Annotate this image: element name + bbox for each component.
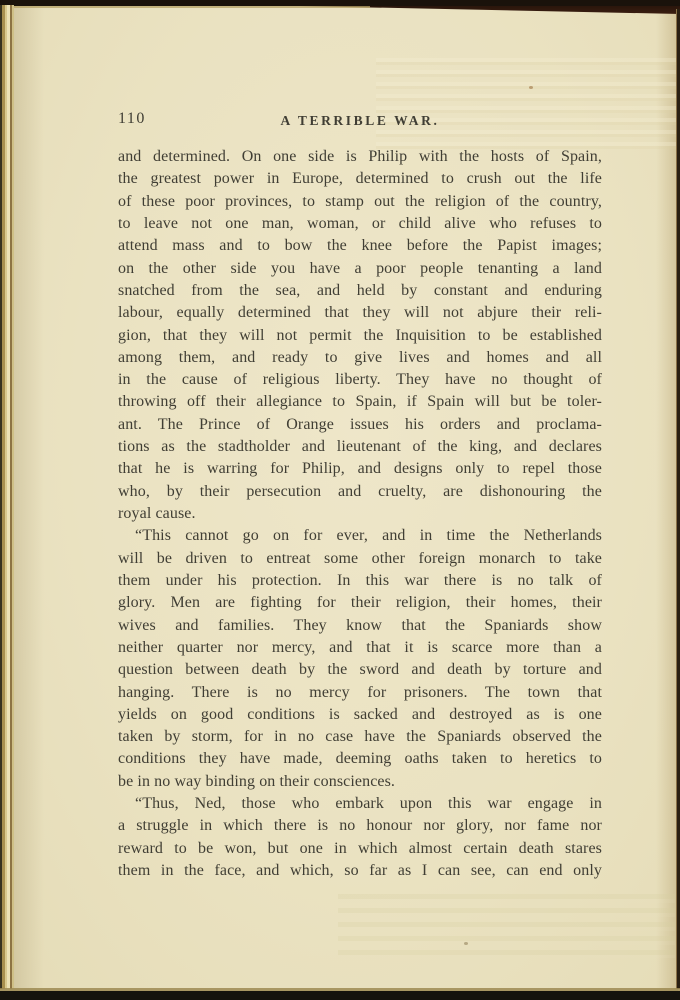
text-line: snatched from the sea, and held by const…: [118, 280, 602, 302]
paper-speck: [529, 86, 533, 89]
book-binding-edge: [0, 5, 14, 989]
text-line: to leave not one man, woman, or child al…: [118, 213, 602, 235]
text-line: wives and families. They know that the S…: [118, 615, 602, 637]
text-line: “Thus, Ned, those who embark upon this w…: [118, 793, 602, 815]
text-line: “This cannot go on for ever, and in time…: [118, 525, 602, 547]
text-line: ant. The Prince of Orange issues his ord…: [118, 414, 602, 436]
page-edge-shadow: [656, 0, 678, 1000]
text-line: royal cause.: [118, 503, 602, 525]
text-line: in the cause of religious liberty. They …: [118, 369, 602, 391]
text-line: them in the face, and which, so far as I…: [118, 860, 602, 882]
text-line: a struggle in which there is no honour n…: [118, 815, 602, 837]
text-line: hanging. There is no mercy for prisoners…: [118, 682, 602, 704]
text-line: yields on good conditions is sacked and …: [118, 704, 602, 726]
text-line: conditions they have made, deeming oaths…: [118, 748, 602, 770]
scan-border-right: [676, 9, 680, 989]
paragraph: and determined. On one side is Philip wi…: [118, 146, 602, 525]
text-line: gion, that they will not permit the Inqu…: [118, 325, 602, 347]
text-line: be in no way binding on their conscience…: [118, 771, 602, 793]
text-line: will be driven to entreat some other for…: [118, 548, 602, 570]
text-line: neither quarter nor mercy, and that it i…: [118, 637, 602, 659]
gilt-edge-line-top: [0, 6, 370, 8]
paper-speck: [464, 942, 468, 945]
text-line: throwing off their allegiance to Spain, …: [118, 391, 602, 413]
text-line: them under his protection. In this war t…: [118, 570, 602, 592]
text-line: tions as the stadtholder and lieutenant …: [118, 436, 602, 458]
body-text: and determined. On one side is Philip wi…: [118, 146, 602, 882]
text-line: of these poor provinces, to stamp out th…: [118, 191, 602, 213]
text-line: that he is warring for Philip, and desig…: [118, 458, 602, 480]
text-line: taken by storm, for in no case have the …: [118, 726, 602, 748]
text-line: on the other side you have a poor people…: [118, 258, 602, 280]
text-line: labour, equally determined that they wil…: [118, 302, 602, 324]
binding-shadow: [10, 0, 44, 1000]
paragraph: “Thus, Ned, those who embark upon this w…: [118, 793, 602, 882]
scan-border-bottom: [0, 991, 680, 1000]
text-line: question between death by the sword and …: [118, 659, 602, 681]
running-head: A TERRIBLE WAR.: [118, 113, 602, 129]
text-line: the greatest power in Europe, determined…: [118, 168, 602, 190]
text-line: among them, and ready to give lives and …: [118, 347, 602, 369]
text-line: glory. Men are fighting for their religi…: [118, 592, 602, 614]
text-line: reward to be won, but one in which almos…: [118, 838, 602, 860]
text-line: attend mass and to bow the knee before t…: [118, 235, 602, 257]
text-line: who, by their persecution and cruelty, a…: [118, 481, 602, 503]
scanned-book-page: 110 A TERRIBLE WAR. and determined. On o…: [0, 0, 680, 1000]
paragraph: “This cannot go on for ever, and in time…: [118, 525, 602, 793]
text-line: and determined. On one side is Philip wi…: [118, 146, 602, 168]
